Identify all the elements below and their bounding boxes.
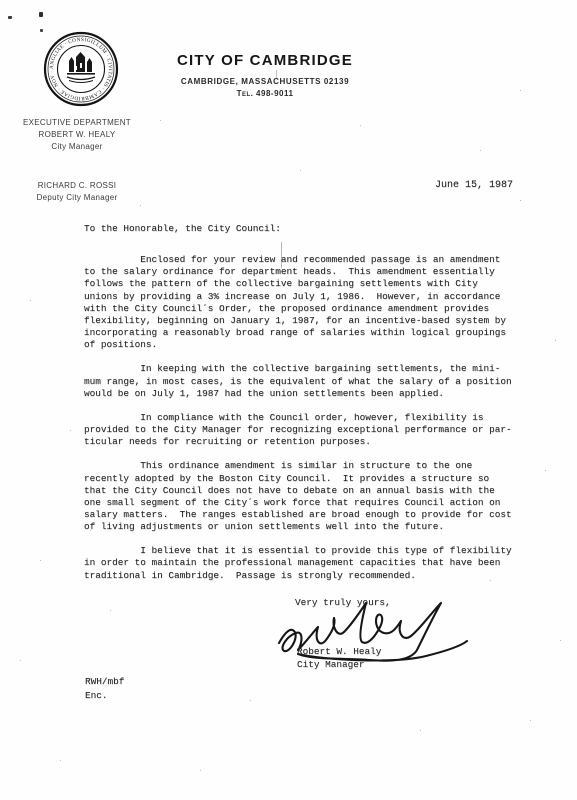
salutation: To the Honorable, the City Council: <box>84 223 524 235</box>
city-manager-name: ROBERT W. HEALY <box>4 129 150 141</box>
letterhead-title: CITY OF CAMBRIDGE <box>150 52 380 69</box>
officials-block: EXECUTIVE DEPARTMENT ROBERT W. HEALY Cit… <box>4 117 150 204</box>
deputy-manager-title: Deputy City Manager <box>4 192 150 204</box>
signer-name: Robert W. Healy <box>297 646 381 657</box>
letterhead-phone: Tel. 498-9011 <box>150 89 380 98</box>
reference-initials: RWH/mbf <box>85 676 124 687</box>
paragraph-1: Enclosed for your review and recommended… <box>84 254 524 351</box>
seal-center-art <box>67 52 95 83</box>
city-seal-graphic: SIGILLUM · CIVITATIS · CAMBRIDGIAE · NOV… <box>42 30 120 108</box>
letterhead-address: CAMBRIDGE, MASSACHUSETTS 02139 <box>150 77 380 86</box>
paragraph-4: This ordinance amendment is similar in s… <box>84 460 524 533</box>
letter-date: June 15, 1987 <box>435 180 513 191</box>
letter-body: To the Honorable, the City Council: Encl… <box>84 223 524 594</box>
city-manager-title: City Manager <box>4 141 150 153</box>
enclosure-note: Enc. <box>85 690 108 701</box>
paragraph-3: In compliance with the Council order, ho… <box>84 412 524 448</box>
letter-page: SIGILLUM · CIVITATIS · CAMBRIDGIAE · NOV… <box>0 0 577 800</box>
department-name: EXECUTIVE DEPARTMENT <box>4 117 150 129</box>
city-seal-icon: SIGILLUM · CIVITATIS · CAMBRIDGIAE · NOV… <box>42 30 120 108</box>
letterhead: CITY OF CAMBRIDGE CAMBRIDGE, MASSACHUSET… <box>150 52 380 98</box>
paragraph-2: In keeping with the collective bargainin… <box>84 363 524 399</box>
deputy-manager-name: RICHARD C. ROSSI <box>4 180 150 192</box>
scan-speck <box>39 12 43 17</box>
paragraph-5: I believe that it is essential to provid… <box>84 545 524 581</box>
scan-noise <box>0 0 1 1</box>
scan-speck <box>8 16 12 19</box>
signer-title: City Manager <box>297 659 365 670</box>
